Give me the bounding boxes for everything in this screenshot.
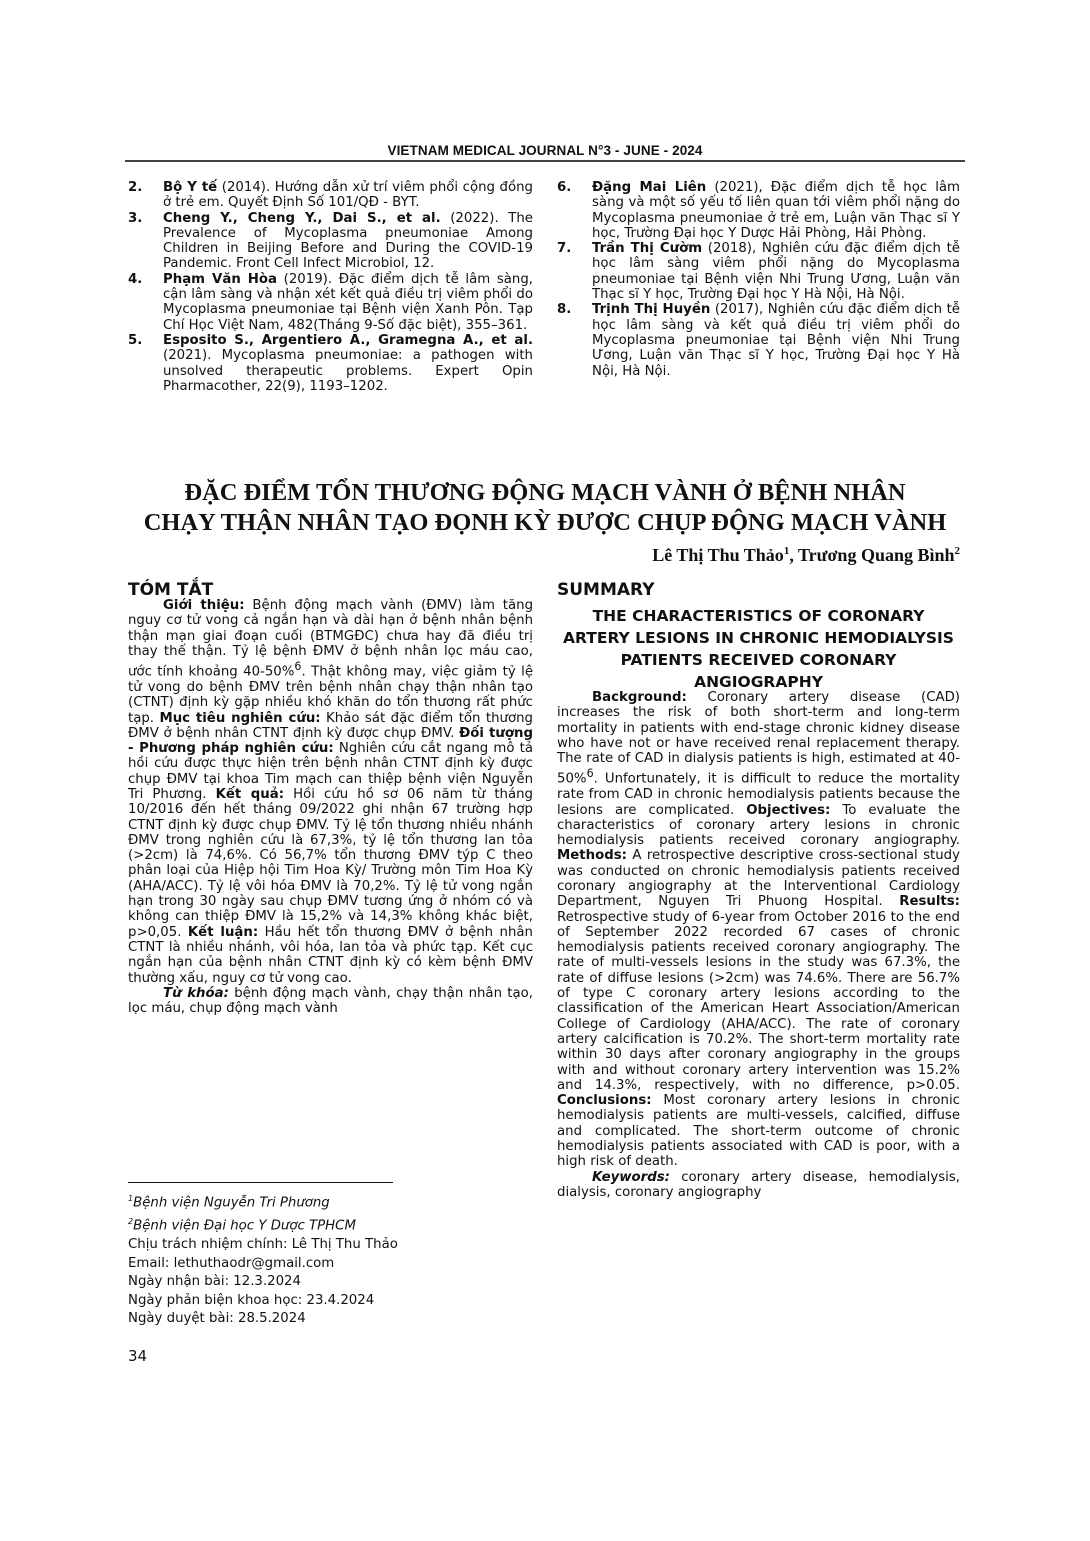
reference-number: 6.	[557, 180, 592, 241]
reference-number: 8.	[557, 302, 592, 378]
label-results: Kết quả:	[216, 787, 284, 802]
reference-item: 3. Cheng Y., Cheng Y., Dai S., et al. (2…	[128, 211, 533, 272]
keywords-vi: Từ khóa: bệnh động mạch vành, chạy thận …	[128, 986, 533, 1017]
page-number: 34	[128, 1347, 147, 1365]
label-keywords: Keywords:	[592, 1170, 670, 1185]
reference-text: (2014). Hướng dẫn xử trí viêm phổi cộng …	[163, 180, 533, 210]
author-name: Lê Thị Thu Thảo	[652, 545, 784, 565]
reference-author: Bộ Y tế	[163, 180, 217, 195]
author-name: Trương Quang Bình	[798, 545, 955, 565]
author-separator: ,	[789, 545, 798, 565]
label-conclusions: Kết luận:	[188, 925, 258, 940]
label-methods: Methods:	[557, 848, 627, 863]
reference-author: Trịnh Thị Huyền	[592, 302, 710, 317]
article-title-line-1: ĐẶC ĐIỂM TỔN THƯƠNG ĐỘNG MẠCH VÀNH Ở BỆN…	[125, 478, 965, 508]
abstract-en-heading: SUMMARY	[557, 580, 655, 600]
reference-text: (2021). Mycoplasma pneumoniae: a pathoge…	[163, 348, 533, 394]
affiliation-text: Bệnh viện Đại học Y Dược TPHCM	[133, 1218, 356, 1233]
reference-item: 2. Bộ Y tế (2014). Hướng dẫn xử trí viêm…	[128, 180, 533, 211]
affiliation-1: 1Bệnh viện Nguyễn Tri Phương	[128, 1190, 533, 1213]
reference-author: Phạm Văn Hòa	[163, 272, 277, 287]
citation-mark: 6	[587, 767, 594, 780]
english-title: THE CHARACTERISTICS OF CORONARY ARTERY L…	[557, 605, 960, 693]
text-results: Hồi cứu hồ sơ 06 năm từ tháng 10/2016 đế…	[128, 787, 533, 940]
reference-number: 7.	[557, 241, 592, 302]
date-reviewed: Ngày phản biện khoa học: 23.4.2024	[128, 1292, 533, 1311]
label-background: Background:	[592, 690, 687, 705]
reference-author: Esposito S., Argentiero A., Gramegna A.,…	[163, 333, 533, 348]
abstract-vietnamese: Giới thiệu: Bệnh động mạch vành (ĐMV) là…	[128, 598, 533, 1016]
reference-item: 5. Esposito S., Argentiero A., Gramegna …	[128, 333, 533, 394]
label-keywords: Từ khóa:	[163, 986, 229, 1001]
reference-item: 6. Đặng Mai Liên (2021), Đặc điểm dịch t…	[557, 180, 960, 241]
label-objectives: Mục tiêu nghiên cứu:	[159, 711, 320, 726]
references-right-column: 6. Đặng Mai Liên (2021), Đặc điểm dịch t…	[557, 180, 960, 379]
reference-number: 5.	[128, 333, 163, 394]
label-introduction: Giới thiệu:	[163, 598, 245, 613]
abstract-vi-paragraph: Giới thiệu: Bệnh động mạch vành (ĐMV) là…	[128, 598, 533, 986]
reference-author: Cheng Y., Cheng Y., Dai S., et al.	[163, 211, 441, 226]
affiliation-2: 2Bệnh viện Đại học Y Dược TPHCM	[128, 1213, 533, 1236]
affiliation-mark: 2	[955, 545, 961, 557]
header-divider	[125, 160, 965, 162]
label-objectives: Objectives:	[746, 803, 830, 818]
keywords-en: Keywords: coronary artery disease, hemod…	[557, 1170, 960, 1201]
footnotes: 1Bệnh viện Nguyễn Tri Phương 2Bệnh viện …	[128, 1190, 533, 1329]
article-title-line-2: CHẠY THẬN NHÂN TẠO ĐỌNH KỲ ĐƯỢC CHỤP ĐỘN…	[125, 508, 965, 538]
text-results: Retrospective study of 6-year from Octob…	[557, 910, 960, 1093]
reference-number: 3.	[128, 211, 163, 272]
abstract-english: Background: Coronary artery disease (CAD…	[557, 690, 960, 1200]
reference-item: 7. Trần Thị Cườm (2018), Nghiên cứu đặc …	[557, 241, 960, 302]
contact-email: Email: lethuthaodr@gmail.com	[128, 1255, 533, 1274]
reference-number: 4.	[128, 272, 163, 333]
reference-author: Đặng Mai Liên	[592, 180, 706, 195]
references-left-column: 2. Bộ Y tế (2014). Hướng dẫn xử trí viêm…	[128, 180, 533, 394]
label-conclusions: Conclusions:	[557, 1093, 652, 1108]
reference-author: Trần Thị Cườm	[592, 241, 702, 256]
footnote-divider	[128, 1182, 393, 1183]
abstract-vi-heading: TÓM TẮT	[128, 580, 213, 600]
journal-header: VIETNAM MEDICAL JOURNAL N°3 - JUNE - 202…	[125, 143, 965, 158]
reference-item: 4. Phạm Văn Hòa (2019). Đặc điểm dịch tễ…	[128, 272, 533, 333]
article-authors: Lê Thị Thu Thảo1, Trương Quang Bình2	[652, 545, 960, 566]
date-accepted: Ngày duyệt bài: 28.5.2024	[128, 1310, 533, 1329]
abstract-en-paragraph: Background: Coronary artery disease (CAD…	[557, 690, 960, 1170]
reference-number: 2.	[128, 180, 163, 211]
responsible-author: Chịu trách nhiệm chính: Lê Thị Thu Thảo	[128, 1236, 533, 1255]
label-results: Results:	[899, 894, 960, 909]
date-received: Ngày nhận bài: 12.3.2024	[128, 1273, 533, 1292]
reference-item: 8. Trịnh Thị Huyền (2017), Nghiên cứu đặ…	[557, 302, 960, 378]
affiliation-text: Bệnh viện Nguyễn Tri Phương	[133, 1195, 330, 1210]
article-title: ĐẶC ĐIỂM TỔN THƯƠNG ĐỘNG MẠCH VÀNH Ở BỆN…	[125, 478, 965, 538]
